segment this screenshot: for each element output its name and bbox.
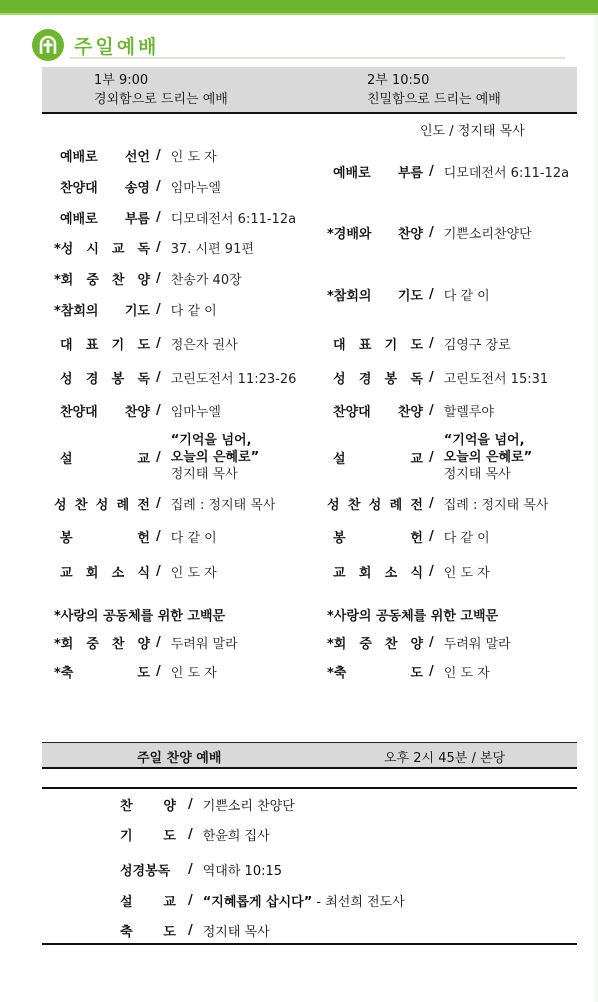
first-service-info: 1부 9:00 경외함으로 드리는 예배 (94, 71, 228, 109)
sermon-title-line2: 오늘의 은혜로” (171, 449, 259, 466)
sermon-title-line1: “기억을 넘어, (444, 432, 532, 449)
sermon-item: 설 교/“기억을 넘어,오늘의 은혜로”정지태 목사 (333, 432, 532, 483)
praise-order-item: 설 교/“지혜롭게 삽시다” - 최선희 전도사 (120, 891, 405, 910)
praise-service-header: 주일 찬양 예배 오후 2시 45분 / 본당 (42, 742, 577, 769)
divider (42, 943, 577, 945)
order-item: *회 중 찬 양/두려워 말라 (54, 633, 238, 652)
sermon-preacher: 정지태 목사 (444, 466, 532, 483)
title-underline (70, 57, 565, 59)
service-leader: 인도 / 정지태 목사 (420, 120, 525, 139)
order-item: 성 경 봉 독/고린도전서 15:31 (333, 368, 548, 387)
order-item: *회 중 찬 양/찬송가 40장 (54, 269, 242, 288)
order-item: 성 경 봉 독/고린도전서 11:23-26 (60, 368, 296, 387)
order-item: *경배와 찬양/기쁜소리찬양단 (327, 223, 532, 242)
first-service-subtitle: 경외함으로 드리는 예배 (94, 90, 228, 109)
confession-note: *사랑의 공동체를 위한 고백문 (327, 605, 498, 624)
sermon-preacher: 정지태 목사 (171, 466, 259, 483)
sermon-title-line2: 오늘의 은혜로” (444, 449, 532, 466)
order-item: 찬양대 찬양/임마누엘 (60, 401, 221, 420)
order-item: 예배로 선언/인 도 자 (60, 146, 217, 165)
praise-order-item: 성경봉독/역대하 10:15 (120, 860, 282, 879)
church-arch-cross-icon (32, 29, 64, 61)
service-times-header: 1부 9:00 경외함으로 드리는 예배 2부 10:50 친밀함으로 드리는 … (42, 67, 577, 114)
order-item: 성 찬 성 례 전/집례 : 정지태 목사 (54, 494, 275, 513)
first-service-time: 1부 9:00 (94, 71, 228, 90)
order-item: 성 찬 성 례 전/집례 : 정지태 목사 (327, 494, 548, 513)
page-title: 주일예배 (74, 32, 159, 59)
order-item: 대 표 기 도/정은자 권사 (60, 334, 238, 353)
top-accent-bar (0, 0, 598, 15)
sermon-item: 설 교/“기억을 넘어,오늘의 은혜로”정지태 목사 (60, 432, 259, 483)
praise-service-time: 오후 2시 45분 / 본당 (384, 747, 505, 766)
order-item: *축 도/인 도 자 (54, 662, 217, 681)
order-item: 찬양대 찬양/할렐루야 (333, 401, 494, 420)
praise-order-item: 기 도/한윤희 집사 (120, 825, 270, 844)
praise-service-title: 주일 찬양 예배 (137, 747, 221, 766)
order-item: 교 회 소 식/인 도 자 (333, 562, 490, 581)
second-service-info: 2부 10:50 친밀함으로 드리는 예배 (367, 71, 501, 109)
page-edge-shadow (592, 15, 598, 1002)
order-item: 예배로 부름/디모데전서 6:11-12a (60, 208, 296, 227)
praise-order-item: 찬 양/기쁜소리 찬양단 (120, 795, 295, 814)
sermon-title-line1: “기억을 넘어, (171, 432, 259, 449)
second-service-subtitle: 친밀함으로 드리는 예배 (367, 90, 501, 109)
divider (42, 787, 577, 789)
order-item: *축 도/인 도 자 (327, 662, 490, 681)
order-item: 봉 헌/다 같 이 (333, 527, 490, 546)
order-item: 교 회 소 식/인 도 자 (60, 562, 217, 581)
order-item: 찬양대 송영/임마누엘 (60, 177, 221, 196)
sermon-preacher: - 최선희 전도사 (312, 895, 404, 910)
order-item: 대 표 기 도/김영구 장로 (333, 334, 511, 353)
order-item: 봉 헌/다 같 이 (60, 527, 217, 546)
order-item: *회 중 찬 양/두려워 말라 (327, 633, 511, 652)
order-item: *참회의 기도/다 같 이 (54, 300, 217, 319)
praise-order-item: 축 도/정지태 목사 (120, 921, 270, 940)
confession-note: *사랑의 공동체를 위한 고백문 (54, 605, 225, 624)
order-item: 예배로 부름/디모데전서 6:11-12a (333, 162, 569, 181)
sermon-title: “지혜롭게 삽시다” (203, 895, 313, 910)
order-item: *성 시 교 독/37. 시편 91편 (54, 238, 254, 257)
second-service-time: 2부 10:50 (367, 71, 501, 90)
order-item: *참회의 기도/다 같 이 (327, 285, 490, 304)
